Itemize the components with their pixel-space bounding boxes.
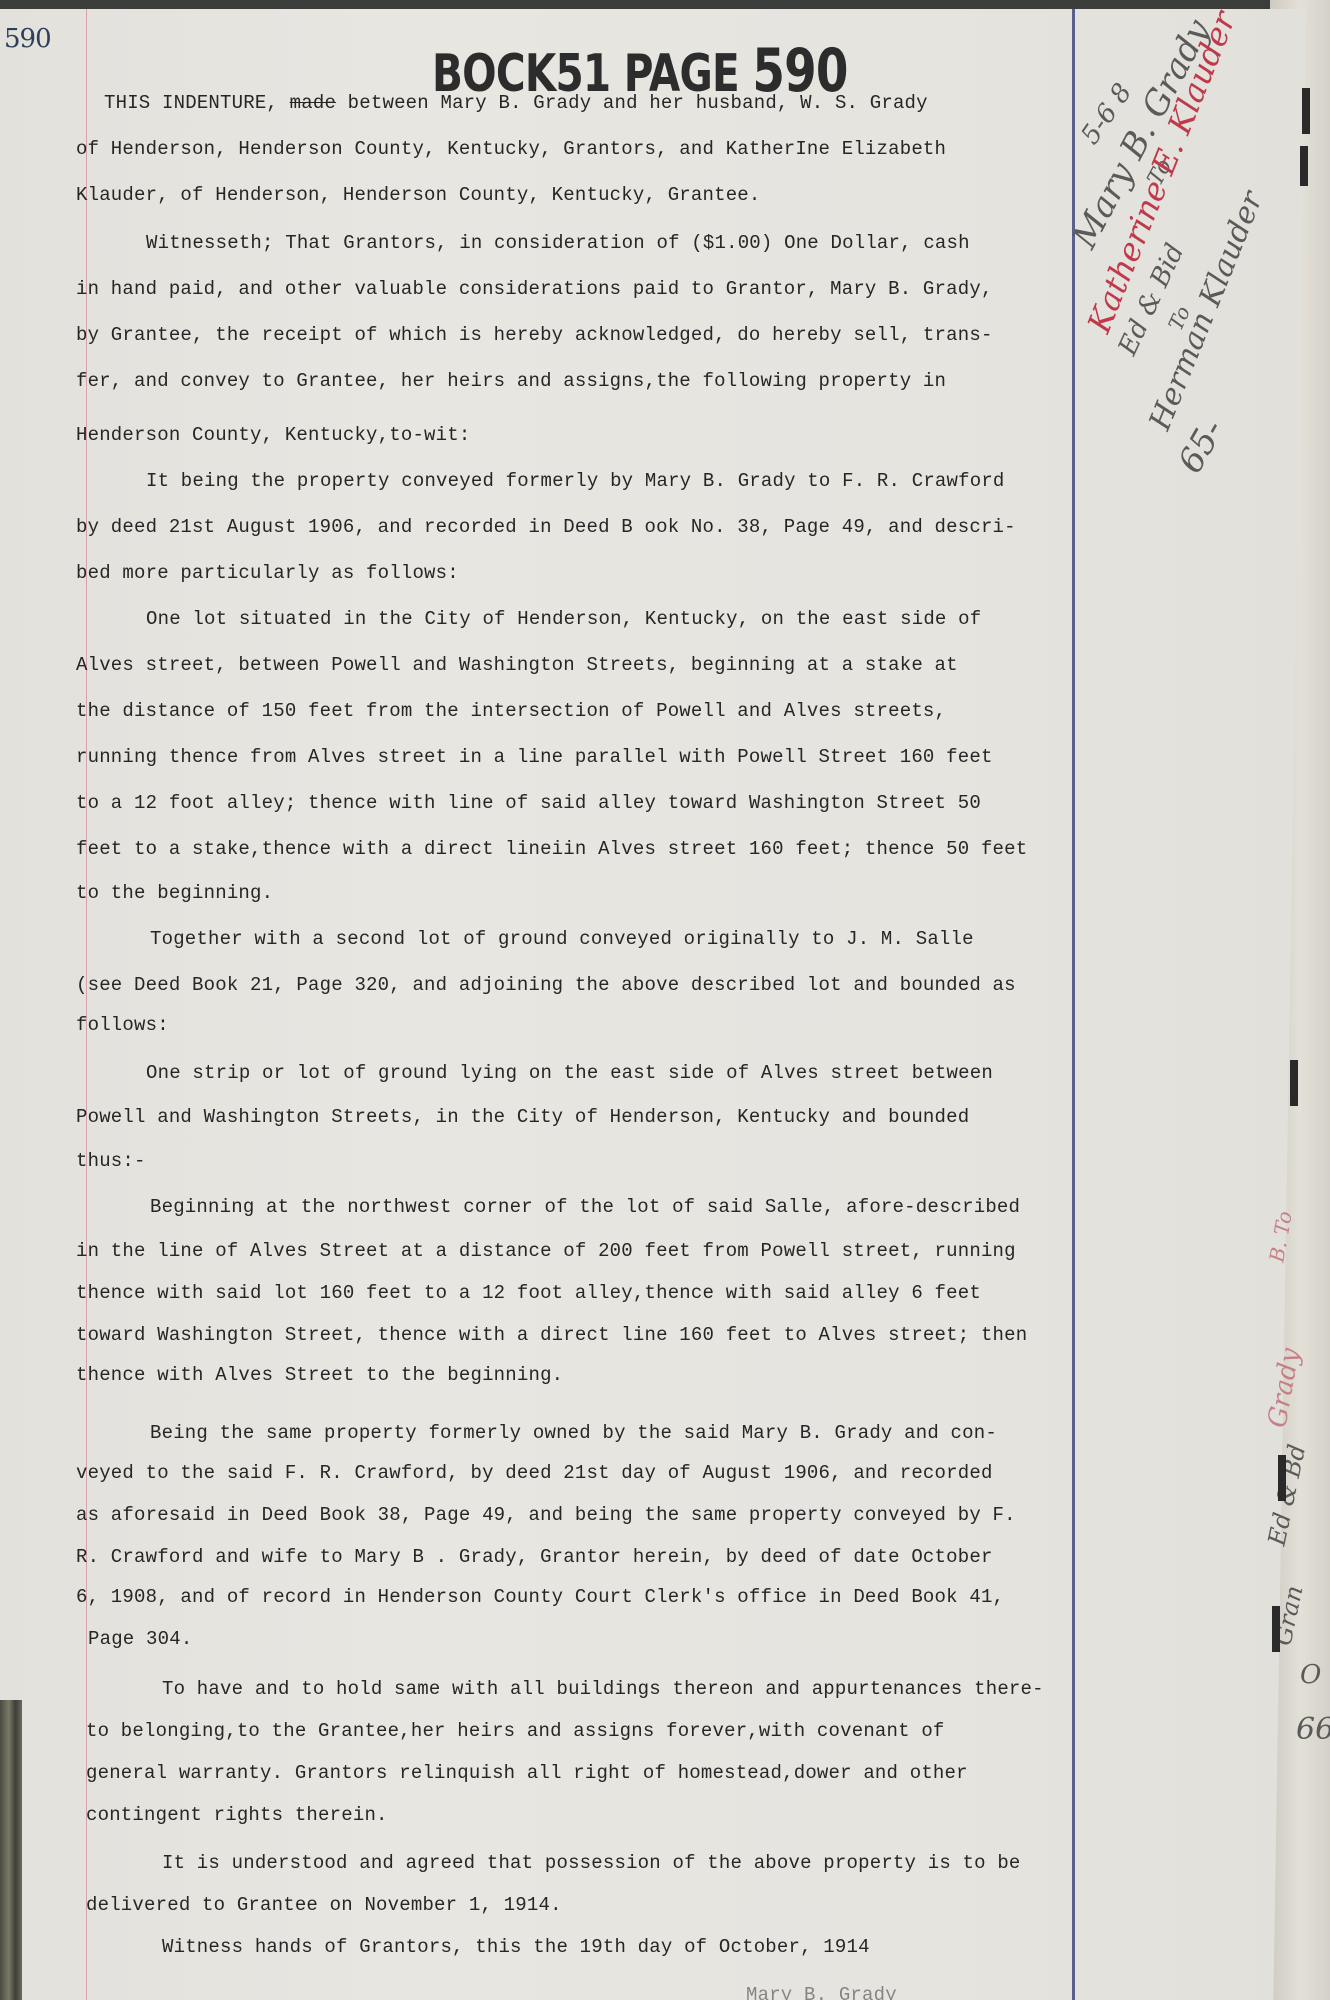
deed-line: to a 12 foot alley; thence with line of … — [76, 792, 981, 814]
index-tab — [1290, 1060, 1298, 1106]
deed-line: as aforesaid in Deed Book 38, Page 49, a… — [76, 1504, 1016, 1526]
deed-line: It is understood and agreed that possess… — [162, 1852, 1021, 1874]
deed-line: Powell and Washington Streets, in the Ci… — [76, 1106, 969, 1128]
struck-word: made — [290, 92, 336, 114]
deed-line: Beginning at the northwest corner of the… — [150, 1196, 1020, 1218]
deed-line: One strip or lot of ground lying on the … — [146, 1062, 993, 1084]
deed-line: toward Washington Street, thence with a … — [76, 1324, 1027, 1346]
right-margin-rule — [1072, 9, 1075, 2000]
deed-line: to belonging,to the Grantee,her heirs an… — [86, 1720, 945, 1742]
deed-line: feet to a stake,thence with a direct lin… — [76, 838, 1027, 860]
deed-line: thence with said lot 160 feet to a 12 fo… — [76, 1282, 981, 1304]
deed-line: in the line of Alves Street at a distanc… — [76, 1240, 1016, 1262]
deed-line: the distance of 150 feet from the inters… — [76, 700, 946, 722]
deed-line: Alves street, between Powell and Washing… — [76, 654, 958, 676]
signature-line: Mary B. Grady — [746, 1984, 897, 2000]
deed-line: thus:- — [76, 1150, 146, 1172]
deed-line: in hand paid, and other valuable conside… — [76, 278, 993, 300]
margin-note: 66 — [1296, 1712, 1330, 1747]
deed-line: One lot situated in the City of Henderso… — [146, 608, 981, 630]
deed-line: bed more particularly as follows: — [76, 562, 459, 584]
deed-line: to the beginning. — [76, 882, 273, 904]
deed-line: follows: — [76, 1014, 169, 1036]
left-margin-rule — [86, 9, 87, 2000]
index-tab — [1272, 1606, 1280, 1652]
margin-note: O — [1300, 1660, 1321, 1690]
deed-line: To have and to hold same with all buildi… — [162, 1678, 1044, 1700]
deed-line: general warranty. Grantors relinquish al… — [86, 1762, 968, 1784]
index-tab — [1300, 146, 1308, 186]
index-tab — [1302, 88, 1310, 134]
deed-line: delivered to Grantee on November 1, 1914… — [86, 1894, 562, 1916]
deed-line: Henderson County, Kentucky,to-wit: — [76, 424, 470, 446]
deed-line: (see Deed Book 21, Page 320, and adjoini… — [76, 974, 1016, 996]
book-spine — [0, 1700, 22, 2000]
deed-line: by Grantee, the receipt of which is here… — [76, 324, 993, 346]
deed-line: by deed 21st August 1906, and recorded i… — [76, 516, 1016, 538]
folio-number: 590 — [4, 24, 51, 54]
deed-line: 6, 1908, and of record in Henderson Coun… — [76, 1586, 1004, 1608]
deed-line: contingent rights therein. — [86, 1804, 388, 1826]
deed-line: of Henderson, Henderson County, Kentucky… — [76, 138, 946, 160]
deed-line: thence with Alves Street to the beginnin… — [76, 1364, 563, 1386]
deed-line: It being the property conveyed formerly … — [146, 470, 1005, 492]
deed-line: fer, and convey to Grantee, her heirs an… — [76, 370, 946, 392]
deed-line: Witness hands of Grantors, this the 19th… — [162, 1936, 870, 1958]
deed-line: Being the same property formerly owned b… — [150, 1422, 997, 1444]
deed-line: R. Crawford and wife to Mary B . Grady, … — [76, 1546, 993, 1568]
deed-line: Witnesseth; That Grantors, in considerat… — [146, 232, 970, 254]
deed-line: Page 304. — [88, 1628, 192, 1650]
deed-line: Klauder, of Henderson, Henderson County,… — [76, 184, 761, 206]
deed-line: running thence from Alves street in a li… — [76, 746, 993, 768]
deed-line: veyed to the said F. R. Crawford, by dee… — [76, 1462, 993, 1484]
book-top-edge — [0, 0, 1330, 9]
index-tab — [1278, 1455, 1286, 1501]
deed-line: THIS INDENTURE, made between Mary B. Gra… — [104, 92, 928, 114]
deed-line: Together with a second lot of ground con… — [150, 928, 974, 950]
